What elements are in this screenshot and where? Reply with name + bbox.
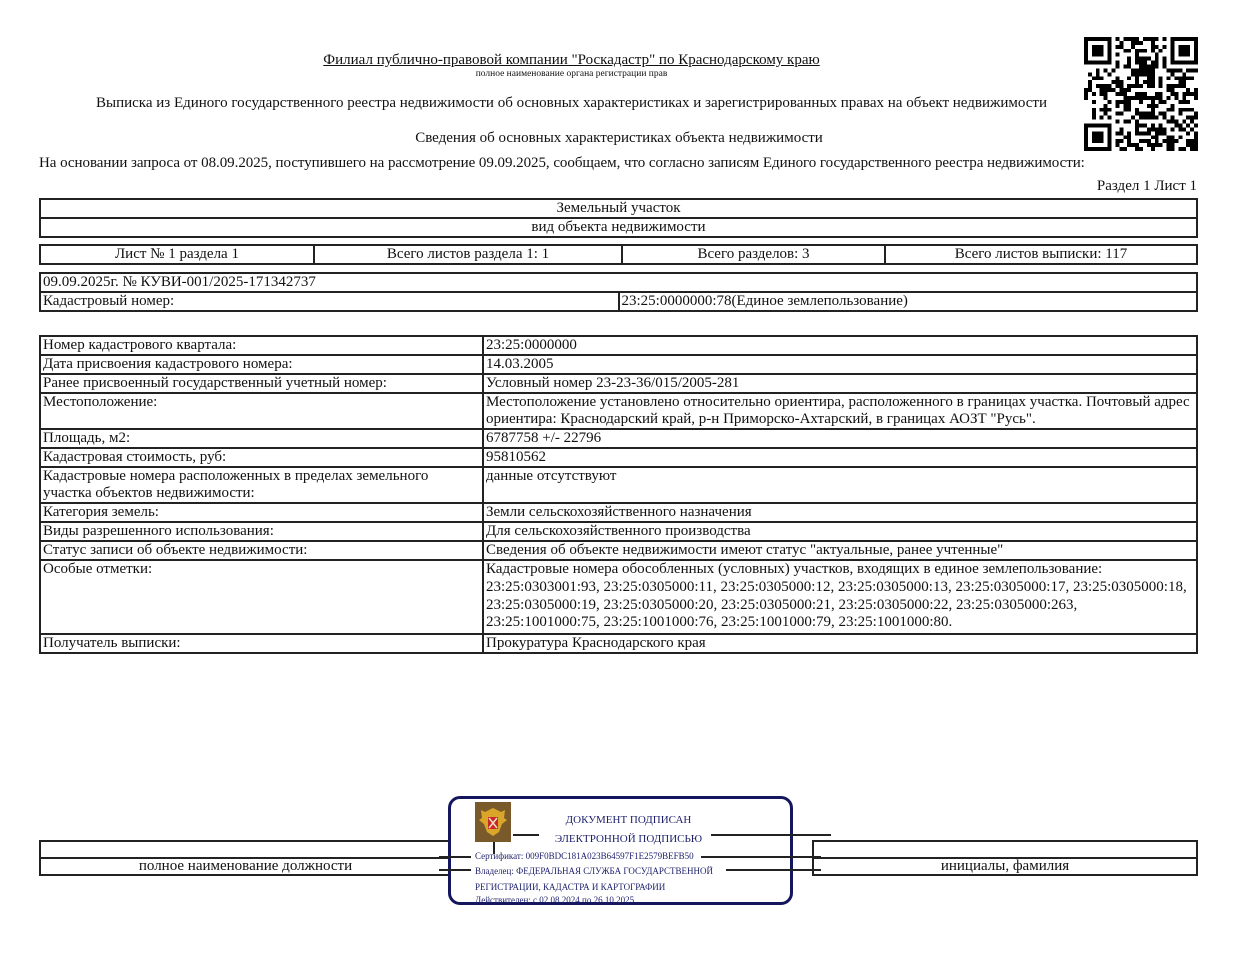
stamp-rule (439, 856, 471, 858)
row-label: Дата присвоения кадастрового номера: (40, 355, 483, 374)
row-label: Особые отметки: (40, 560, 483, 634)
position-caption: полное наименование должности (40, 858, 451, 875)
sheets-table: Лист № 1 раздела 1 Всего листов раздела … (39, 244, 1198, 265)
stamp-rule (701, 856, 821, 858)
row-value: Условный номер 23-23-36/015/2005-281 (483, 374, 1197, 393)
table-row: Площадь, м2:6787758 +/- 22796 (40, 429, 1197, 448)
row-label: Площадь, м2: (40, 429, 483, 448)
object-type: Земельный участок (40, 199, 1197, 218)
organization-caption: полное наименование органа регистрации п… (0, 69, 1143, 79)
row-label: Местоположение: (40, 393, 483, 429)
table-row: Виды разрешенного использования:Для сель… (40, 522, 1197, 541)
name-field (813, 841, 1197, 858)
section-reference: Раздел 1 Лист 1 (1097, 178, 1197, 195)
row-value: данные отсутствуют (483, 467, 1197, 503)
row-value: Местоположение установлено относительно … (483, 393, 1197, 429)
total-sheets-extract: Всего листов выписки: 117 (885, 245, 1197, 264)
total-sections: Всего разделов: 3 (622, 245, 885, 264)
cadastral-number-value: 23:25:0000000:78(Единое землепользование… (619, 292, 1198, 311)
qr-code-icon (1083, 37, 1199, 151)
table-row: Кадастровые номера расположенных в преде… (40, 467, 1197, 503)
extract-subtitle: Сведения об основных характеристиках объ… (0, 130, 1238, 147)
row-label: Номер кадастрового квартала: (40, 336, 483, 355)
stamp-certificate: Сертификат: 009F0BDC181A023B64597F1E2579… (475, 851, 694, 861)
table-row: Номер кадастрового квартала:23:25:000000… (40, 336, 1197, 355)
object-type-caption: вид объекта недвижимости (40, 218, 1197, 237)
stamp-title-1: ДОКУМЕНТ ПОДПИСАН (451, 814, 806, 826)
row-value: 14.03.2005 (483, 355, 1197, 374)
table-row: Дата присвоения кадастрового номера:14.0… (40, 355, 1197, 374)
row-value: Сведения об объекте недвижимости имеют с… (483, 541, 1197, 560)
row-label: Кадастровая стоимость, руб: (40, 448, 483, 467)
extract-title: Выписка из Единого государственного реес… (0, 95, 1143, 112)
row-label: Виды разрешенного использования: (40, 522, 483, 541)
organization-name: Филиал публично-правовой компании "Роска… (0, 52, 1143, 69)
stamp-owner-2: РЕГИСТРАЦИИ, КАДАСТРА И КАРТОГРАФИИ (475, 882, 665, 892)
table-row: Кадастровая стоимость, руб:95810562 (40, 448, 1197, 467)
sheet-number: Лист № 1 раздела 1 (40, 245, 314, 264)
name-caption: инициалы, фамилия (813, 858, 1197, 875)
request-number: 09.09.2025г. № КУВИ-001/2025-171342737 (40, 273, 1197, 292)
stamp-rule (439, 869, 471, 871)
characteristics-table: Номер кадастрового квартала:23:25:000000… (39, 335, 1198, 654)
organization-name-text: Филиал публично-правовой компании "Роска… (323, 52, 819, 68)
table-row: Категория земель:Земли сельскохозяйствен… (40, 503, 1197, 522)
cadastral-number-label: Кадастровый номер: (40, 292, 619, 311)
row-value: 6787758 +/- 22796 (483, 429, 1197, 448)
stamp-rule (726, 869, 821, 871)
identification-table: 09.09.2025г. № КУВИ-001/2025-171342737 К… (39, 272, 1198, 312)
row-label: Статус записи об объекте недвижимости: (40, 541, 483, 560)
row-label: Ранее присвоенный государственный учетны… (40, 374, 483, 393)
object-type-table: Земельный участок вид объекта недвижимос… (39, 198, 1198, 238)
total-sheets-section: Всего листов раздела 1: 1 (314, 245, 622, 264)
row-value: Для сельскохозяйственного производства (483, 522, 1197, 541)
row-value: 95810562 (483, 448, 1197, 467)
row-value: Земли сельскохозяйственного назначения (483, 503, 1197, 522)
table-row: Местоположение:Местоположение установлен… (40, 393, 1197, 429)
stamp-rule (493, 842, 495, 854)
electronic-signature-stamp: ДОКУМЕНТ ПОДПИСАН ЭЛЕКТРОННОЙ ПОДПИСЬЮ С… (448, 796, 793, 905)
table-row: Получатель выписки:Прокуратура Краснодар… (40, 634, 1197, 653)
table-row: Ранее присвоенный государственный учетны… (40, 374, 1197, 393)
row-value: 23:25:0000000 (483, 336, 1197, 355)
position-field (40, 841, 451, 858)
stamp-owner-1: Владелец: ФЕДЕРАЛЬНАЯ СЛУЖБА ГОСУДАРСТВЕ… (475, 866, 713, 876)
table-row: Статус записи об объекте недвижимости:Св… (40, 541, 1197, 560)
row-label: Кадастровые номера расположенных в преде… (40, 467, 483, 503)
stamp-rule (513, 834, 539, 836)
basis-text: На основании запроса от 08.09.2025, пост… (39, 155, 1085, 172)
stamp-validity: Действителен: с 02.08.2024 по 26.10.2025 (475, 895, 634, 905)
row-value: Прокуратура Краснодарского края (483, 634, 1197, 653)
row-value: Кадастровые номера обособленных (условны… (483, 560, 1197, 634)
stamp-rule (711, 834, 831, 836)
row-label: Получатель выписки: (40, 634, 483, 653)
table-row: Особые отметки:Кадастровые номера обособ… (40, 560, 1197, 634)
row-label: Категория земель: (40, 503, 483, 522)
